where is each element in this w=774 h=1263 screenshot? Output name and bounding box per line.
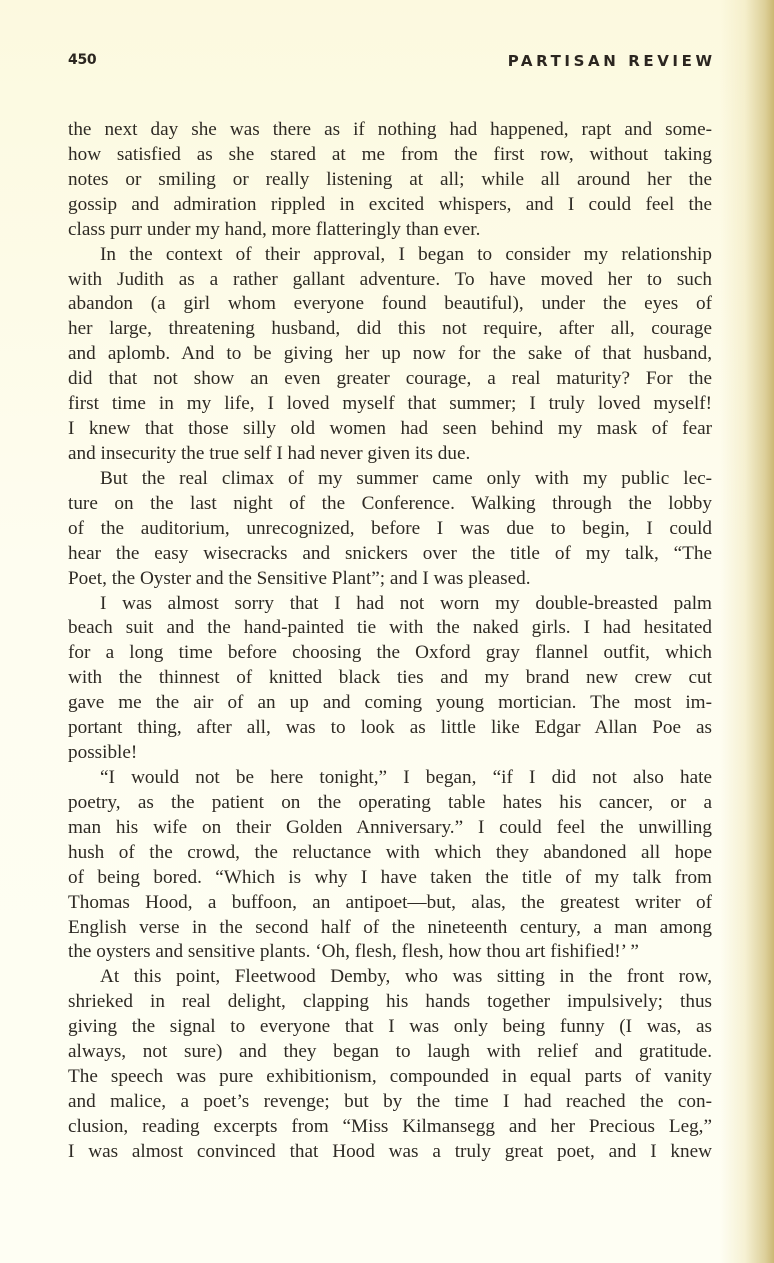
text-line: the oysters and sensitive plants. ‘Oh, f… bbox=[68, 940, 712, 965]
book-page: 450 PARTISAN REVIEW the next day she was… bbox=[0, 0, 774, 1263]
text-line: possible! bbox=[68, 741, 712, 766]
text-line: In the context of their approval, I bega… bbox=[68, 243, 712, 268]
text-line: did that not show an even greater courag… bbox=[68, 367, 712, 392]
page-header: 450 PARTISAN REVIEW bbox=[68, 50, 712, 74]
text-line: man his wife on their Golden Anniversary… bbox=[68, 816, 712, 841]
paragraph: the next day she was there as if nothing… bbox=[68, 118, 712, 243]
paragraph: At this point, Fleetwood Demby, who was … bbox=[68, 965, 712, 1164]
paragraph: “I would not be here tonight,” I began, … bbox=[68, 766, 712, 965]
paragraph: I was almost sorry that I had not worn m… bbox=[68, 592, 712, 766]
text-line: At this point, Fleetwood Demby, who was … bbox=[68, 965, 712, 990]
text-line: class purr under my hand, more flatterin… bbox=[68, 218, 712, 243]
text-line: But the real climax of my summer came on… bbox=[68, 467, 712, 492]
text-line: hear the easy wisecracks and snickers ov… bbox=[68, 542, 712, 567]
text-line: notes or smiling or really listening at … bbox=[68, 168, 712, 193]
text-line: I was almost sorry that I had not worn m… bbox=[68, 592, 712, 617]
text-line: shrieked in real delight, clapping his h… bbox=[68, 990, 712, 1015]
body-text: the next day she was there as if nothing… bbox=[68, 118, 712, 1165]
text-line: first time in my life, I loved myself th… bbox=[68, 392, 712, 417]
text-line: English verse in the second half of the … bbox=[68, 916, 712, 941]
text-line: gossip and admiration rippled in excited… bbox=[68, 193, 712, 218]
text-line: with the thinnest of knitted black ties … bbox=[68, 666, 712, 691]
text-line: with Judith as a rather gallant adventur… bbox=[68, 268, 712, 293]
text-line: always, not sure) and they began to laug… bbox=[68, 1040, 712, 1065]
text-line: hush of the crowd, the reluctance with w… bbox=[68, 841, 712, 866]
text-line: gave me the air of an up and coming youn… bbox=[68, 691, 712, 716]
text-line: clusion, reading excerpts from “Miss Kil… bbox=[68, 1115, 712, 1140]
text-line: and insecurity the true self I had never… bbox=[68, 442, 712, 467]
text-line: I knew that those silly old women had se… bbox=[68, 417, 712, 442]
paragraph: But the real climax of my summer came on… bbox=[68, 467, 712, 592]
text-line: for a long time before choosing the Oxfo… bbox=[68, 641, 712, 666]
text-line: how satisfied as she stared at me from t… bbox=[68, 143, 712, 168]
text-line: The speech was pure exhibitionism, compo… bbox=[68, 1065, 712, 1090]
paragraph: In the context of their approval, I bega… bbox=[68, 243, 712, 467]
page-number: 450 bbox=[68, 52, 96, 68]
text-line: of being bored. “Which is why I have tak… bbox=[68, 866, 712, 891]
text-line: poetry, as the patient on the operating … bbox=[68, 791, 712, 816]
text-line: giving the signal to everyone that I was… bbox=[68, 1015, 712, 1040]
text-line: Poet, the Oyster and the Sensitive Plant… bbox=[68, 567, 712, 592]
text-line: and aplomb. And to be giving her up now … bbox=[68, 342, 712, 367]
text-line: portant thing, after all, was to look as… bbox=[68, 716, 712, 741]
text-line: and malice, a poet’s revenge; but by the… bbox=[68, 1090, 712, 1115]
text-line: the next day she was there as if nothing… bbox=[68, 118, 712, 143]
text-line: of the auditorium, unrecognized, before … bbox=[68, 517, 712, 542]
text-line: I was almost convinced that Hood was a t… bbox=[68, 1140, 712, 1165]
text-line: beach suit and the hand-painted tie with… bbox=[68, 616, 712, 641]
text-line: her large, threatening husband, did this… bbox=[68, 317, 712, 342]
text-line: abandon (a girl whom everyone found beau… bbox=[68, 292, 712, 317]
text-line: “I would not be here tonight,” I began, … bbox=[68, 766, 712, 791]
running-head: PARTISAN REVIEW bbox=[508, 52, 716, 70]
text-line: Thomas Hood, a buffoon, an antipoet—but,… bbox=[68, 891, 712, 916]
text-line: ture on the last night of the Conference… bbox=[68, 492, 712, 517]
